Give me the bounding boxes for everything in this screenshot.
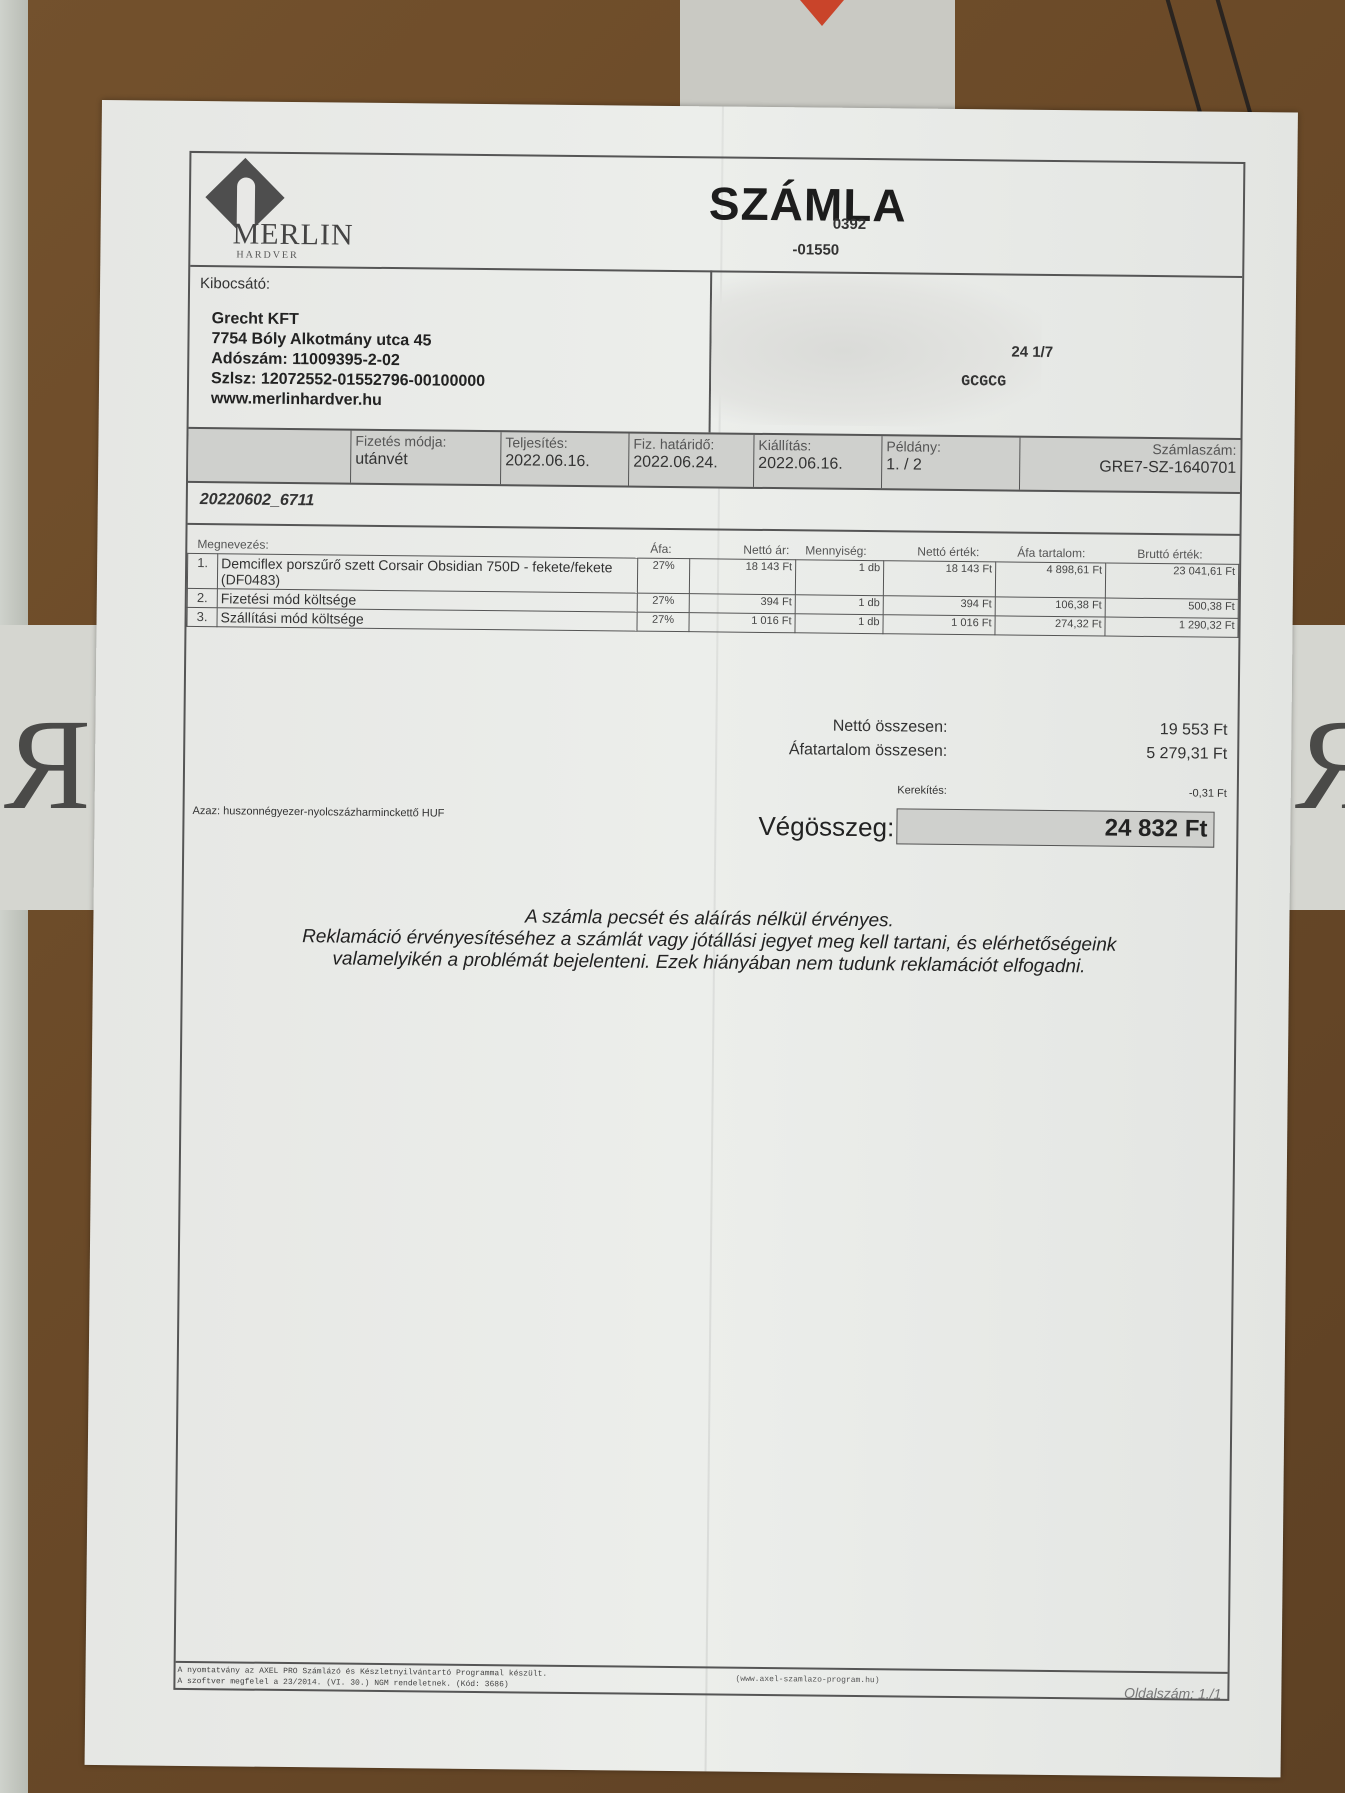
vat-total-value: 5 279,31 Ft	[947, 743, 1227, 764]
cell-net-value: 394 Ft	[883, 596, 995, 616]
invoice-paper: MERLIN HARDVER SZÁMLA Kibocsátó: Grecht …	[85, 100, 1298, 1777]
page-number: Oldalszám: 1./1	[1124, 1685, 1221, 1702]
cell-name: Szállítási mód költsége	[217, 608, 637, 631]
cell-gross-value: 23 041,61 Ft	[1105, 563, 1238, 599]
cell-quantity: 1 db	[795, 560, 883, 596]
merlin-logo: MERLIN HARDVER	[202, 159, 363, 261]
copy-number: Példány: 1. / 2	[881, 436, 1020, 489]
document-title: SZÁMLA	[709, 176, 907, 232]
background-band-text: R	[1295, 690, 1345, 840]
invoice-footer: A nyomtatvány az AXEL PRO Számlázó és Ké…	[175, 1661, 1227, 1700]
cell-vat: 27%	[637, 558, 689, 594]
col-gross-value: Bruttó érték:	[1137, 547, 1203, 562]
cell-idx: 1.	[187, 553, 217, 588]
cell-vat-amount: 106,38 Ft	[995, 597, 1105, 617]
cell-vat: 27%	[637, 612, 689, 632]
cell-net-value: 18 143 Ft	[883, 561, 995, 597]
seller-label: Kibocsátó:	[200, 275, 270, 293]
redaction	[711, 274, 1043, 427]
footer-url: (www.axel-szamlazo-program.hu)	[735, 1675, 879, 1686]
net-total-value: 19 553 Ft	[947, 719, 1227, 740]
due-date: Fiz. határidő: 2022.06.24.	[628, 434, 754, 487]
cell-net-value: 1 016 Ft	[883, 615, 995, 635]
rounding-label: Kerekítés:	[897, 784, 947, 797]
items-grid: 1.Demciflex porszűrő szett Corsair Obsid…	[186, 553, 1239, 638]
cell-idx: 3.	[187, 607, 217, 626]
rounding-row: Kerekítés: -0,31 Ft	[897, 784, 1227, 799]
buyer-fragment: GCGCG	[961, 373, 1006, 390]
rounding-value: -0,31 Ft	[947, 785, 1227, 800]
invoice-header: MERLIN HARDVER SZÁMLA	[190, 153, 1243, 278]
items-table: Megnevezés: Áfa: Nettó ár: Mennyiség: Ne…	[186, 525, 1239, 638]
net-total-row: Nettó összesen: 19 553 Ft	[833, 718, 1228, 740]
logo-subtext: HARDVER	[236, 249, 298, 261]
buyer-fragment: 0392	[833, 216, 867, 233]
buyer-block-redacted: 0392 -01550 24 1/7 GCGCG	[711, 270, 1241, 438]
col-vat-amount: Áfa tartalom:	[1017, 546, 1085, 561]
cell-idx: 2.	[187, 588, 217, 607]
cell-gross-value: 1 290,32 Ft	[1105, 617, 1238, 637]
col-net-price: Nettó ár:	[743, 543, 789, 557]
fulfillment-date: Teljesítés: 2022.06.16.	[500, 432, 629, 485]
logo-text: MERLIN	[232, 217, 353, 252]
invoice-number: Számlaszám: GRE7-SZ-1640701	[1019, 438, 1241, 492]
invoice-notes: A számla pecsét és aláírás nélkül érvény…	[183, 903, 1236, 980]
issue-date: Kiállítás: 2022.06.16.	[753, 435, 882, 488]
order-id: 20220602_6711	[200, 491, 315, 510]
cell-name: Demciflex porszűrő szett Corsair Obsidia…	[217, 554, 637, 593]
cell-net-price: 18 143 Ft	[689, 559, 795, 595]
cell-net-price: 394 Ft	[689, 594, 795, 614]
payment-method: Fizetés módja: utánvét	[350, 431, 501, 485]
col-vat: Áfa:	[650, 542, 672, 556]
cell-vat: 27%	[637, 593, 689, 613]
cell-quantity: 1 db	[795, 614, 883, 634]
grand-total-label: Végösszeg:	[758, 811, 894, 843]
invoice-frame: MERLIN HARDVER SZÁMLA Kibocsátó: Grecht …	[173, 151, 1245, 1701]
vat-total-row: Áfatartalom összesen: 5 279,31 Ft	[789, 741, 1227, 764]
seller-website: www.merlinhardver.hu	[211, 389, 485, 412]
cell-net-price: 1 016 Ft	[689, 613, 795, 633]
cell-quantity: 1 db	[795, 595, 883, 615]
col-name: Megnevezés:	[197, 537, 269, 552]
amount-in-words: Azaz: huszonnégyezer-nyolcszázharmincket…	[192, 805, 444, 820]
buyer-fragment: -01550	[792, 241, 839, 258]
cell-vat-amount: 4 898,61 Ft	[995, 562, 1105, 598]
buyer-fragment: 24 1/7	[1011, 344, 1053, 361]
net-total-label: Nettó összesen:	[833, 718, 948, 737]
cell-vat-amount: 274,32 Ft	[995, 616, 1105, 636]
col-net-value: Nettó érték:	[917, 545, 979, 560]
col-quantity: Mennyiség:	[805, 543, 867, 558]
vat-total-label: Áfatartalom összesen:	[789, 741, 947, 761]
grand-total-value: 24 832 Ft	[896, 808, 1214, 847]
cell-gross-value: 500,38 Ft	[1105, 598, 1238, 618]
seller-block: Kibocsátó: Grecht KFT 7754 Bóly Alkotmán…	[189, 265, 713, 432]
background-red-mark	[800, 0, 844, 26]
